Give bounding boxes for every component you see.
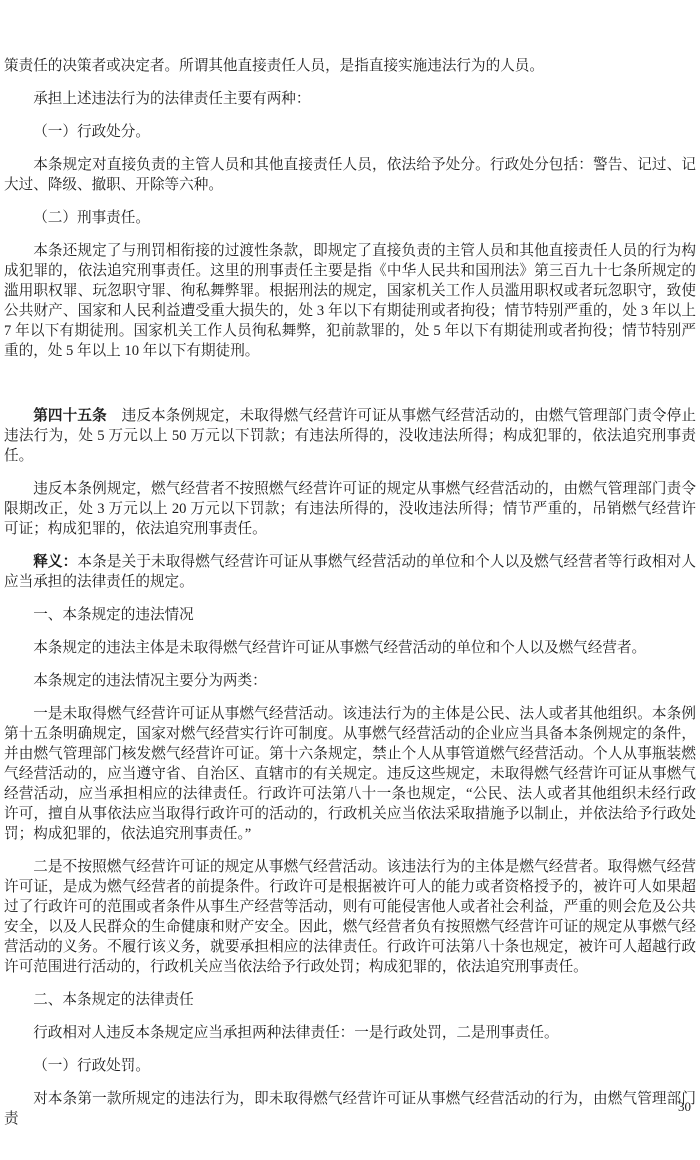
paragraph-text: 二是不按照燃气经营许可证的规定从事燃气经营活动。该违法行为的主体是燃气经营者。取… [4,859,696,975]
paragraph-text: 本条还规定了与刑罚相衔接的过渡性条款，即规定了直接负责的主管人员和其他直接责任人… [4,243,696,359]
paragraph-text: 对本条第一款所规定的违法行为，即未取得燃气经营许可证从事燃气经营活动的行为，由燃… [4,1091,696,1127]
paragraph-text: 本条规定的违法主体是未取得燃气经营许可证从事燃气经营活动的单位和个人以及燃气经营… [33,640,646,656]
paragraph-violation-type-one: 一是未取得燃气经营许可证从事燃气经营活动。该违法行为的主体是公民、法人或者其他组… [4,704,696,844]
paragraph-violation-two-types: 本条规定的违法情况主要分为两类： [4,671,696,691]
page-content: 策责任的决策者或决定者。所谓其他直接责任人员，是指直接实施违法行为的人员。 承担… [4,56,696,1129]
paragraph-text: 策责任的决策者或决定者。所谓其他直接责任人员，是指直接实施违法行为的人员。 [4,58,544,74]
document-page: 策责任的决策者或决定者。所谓其他直接责任人员，是指直接实施违法行为的人员。 承担… [0,0,700,1160]
paragraph-violation-type-two: 二是不按照燃气经营许可证的规定从事燃气经营活动。该违法行为的主体是燃气经营者。取… [4,857,696,977]
paragraph-two-liabilities: 行政相对人违反本条规定应当承担两种法律责任：一是行政处罚，二是刑事责任。 [4,1023,696,1043]
paragraph-violation-subject: 本条规定的违法主体是未取得燃气经营许可证从事燃气经营活动的单位和个人以及燃气经营… [4,638,696,658]
paragraph-heading-legal-liability: 二、本条规定的法律责任 [4,990,696,1010]
paragraph-text: 本条规定对直接负责的主管人员和其他直接责任人员，依法给予处分。行政处分包括：警告… [4,157,696,193]
paragraph-text: （二）刑事责任。 [33,210,150,226]
paragraph-heading-admin-sanction: （一）行政处分。 [4,122,696,142]
paragraph-text: 本条是关于未取得燃气经营许可证从事燃气经营活动的单位和个人以及燃气经营者等行政相… [4,554,696,590]
paragraph-article-45-clause2: 违反本条例规定，燃气经营者不按照燃气经营许可证的规定从事燃气经营活动的，由燃气管… [4,479,696,539]
page-number: 30 [678,1098,691,1116]
paragraph-admin-penalty-detail: 对本条第一款所规定的违法行为，即未取得燃气经营许可证从事燃气经营活动的行为，由燃… [4,1089,696,1129]
article-45-number: 第四十五条 [33,408,107,424]
paragraph-text: （一）行政处分。 [33,124,150,140]
paragraph-admin-sanction-detail: 本条规定对直接负责的主管人员和其他直接责任人员，依法给予处分。行政处分包括：警告… [4,155,696,195]
paragraph-heading-admin-penalty: （一）行政处罚。 [4,1056,696,1076]
paragraph-heading-criminal-liability: （二）刑事责任。 [4,208,696,228]
paragraph-criminal-liability-detail: 本条还规定了与刑罚相衔接的过渡性条款，即规定了直接负责的主管人员和其他直接责任人… [4,241,696,361]
paragraph-text: 承担上述违法行为的法律责任主要有两种： [33,91,310,107]
paragraph-text: 违反本条例规定，燃气经营者不按照燃气经营许可证的规定从事燃气经营活动的，由燃气管… [4,481,696,537]
paragraph-article-45: 第四十五条 违反本条例规定，未取得燃气经营许可证从事燃气经营活动的，由燃气管理部… [4,406,696,466]
paragraph-text: 违反本条例规定，未取得燃气经营许可证从事燃气经营活动的，由燃气管理部门责令停止违… [4,408,696,464]
paragraph-text: 一、本条规定的违法情况 [33,607,194,623]
paragraph-continuation: 策责任的决策者或决定者。所谓其他直接责任人员，是指直接实施违法行为的人员。 [4,56,696,76]
paragraph-text: 行政相对人违反本条规定应当承担两种法律责任：一是行政处罚，二是刑事责任。 [33,1025,558,1041]
paragraph-text: 二、本条规定的法律责任 [33,992,194,1008]
paragraph-interpretation: 释义：本条是关于未取得燃气经营许可证从事燃气经营活动的单位和个人以及燃气经营者等… [4,552,696,592]
paragraph-liability-types: 承担上述违法行为的法律责任主要有两种： [4,89,696,109]
paragraph-heading-violation-cases: 一、本条规定的违法情况 [4,605,696,625]
paragraph-text: 一是未取得燃气经营许可证从事燃气经营活动。该违法行为的主体是公民、法人或者其他组… [4,706,696,842]
interpretation-label: 释义： [33,554,77,570]
paragraph-text: 本条规定的违法情况主要分为两类： [33,673,267,689]
paragraph-text: （一）行政处罚。 [33,1058,150,1074]
